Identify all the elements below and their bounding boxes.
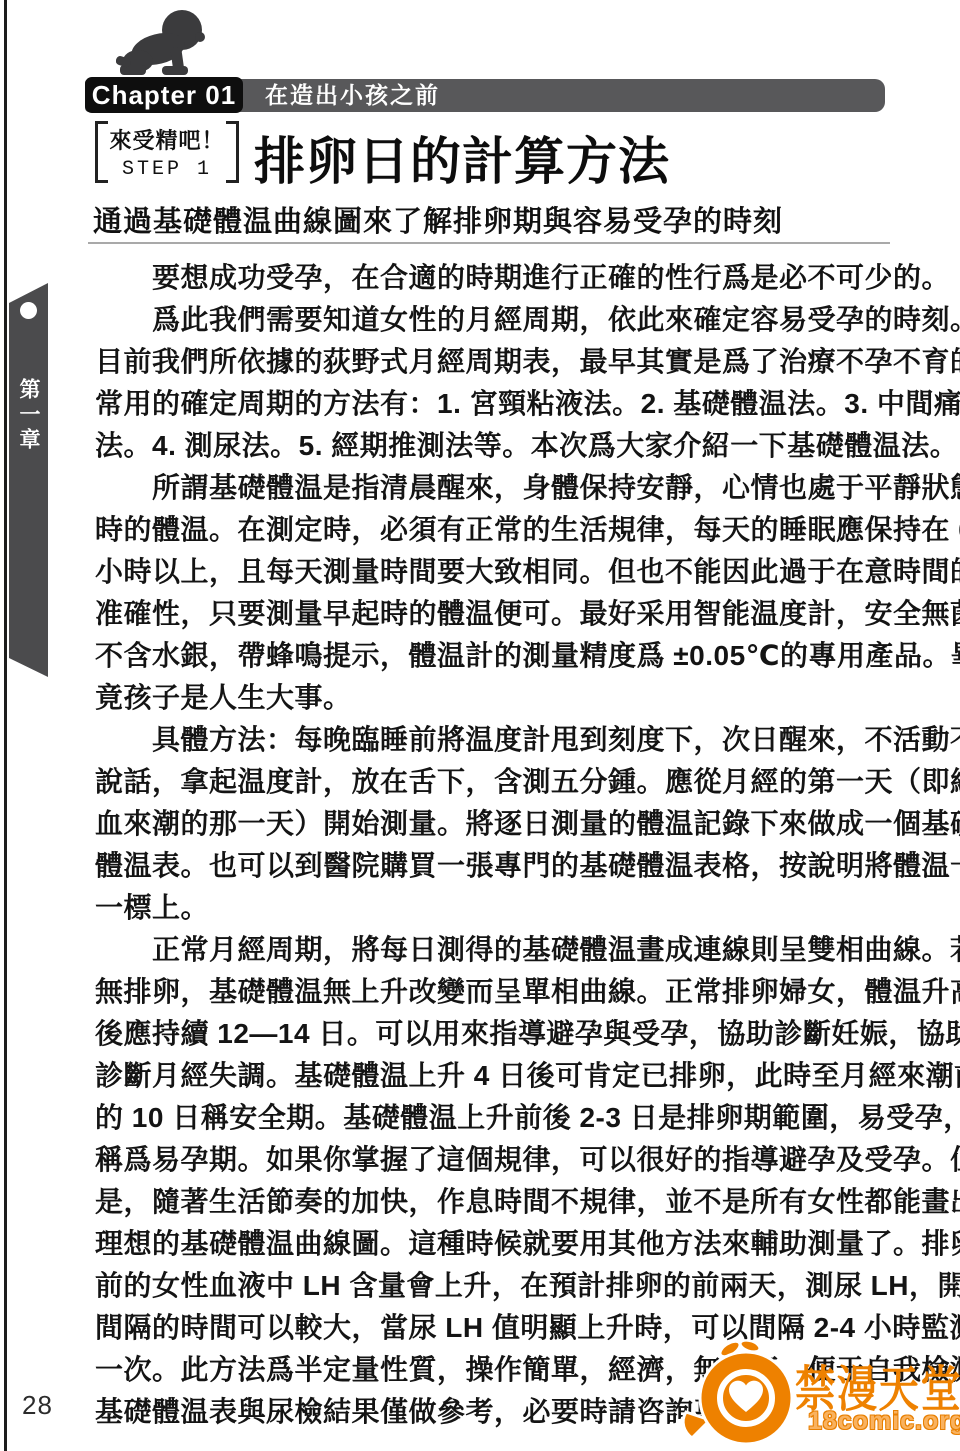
body-text-line: 診斷月經失調。基礎體温上升 4 日後可肯定已排卵，此時至月經來潮前 <box>95 1055 907 1097</box>
subtitle-divider <box>88 242 890 244</box>
body-text-line: 基礎體温表與尿檢結果僅做參考，必要時請咨詢專業醫 <box>95 1391 907 1433</box>
chapter-side-tab: 第一章 在造出小孩之前 <box>9 283 48 677</box>
body-text-line: 體温表。也可以到醫院購買一張專門的基礎體温表格，按說明將體温一 <box>95 845 907 887</box>
step-slogan: 來受精吧！ <box>109 124 224 155</box>
circle-bullet-icon <box>20 302 37 319</box>
step-number: STEP 1 <box>122 158 212 181</box>
body-text-line: 前的女性血液中 LH 含量會上升，在預計排卵的前兩天，測尿 LH，開始 <box>95 1265 907 1307</box>
body-text-line: 正常月經周期，將每日測得的基礎體温畫成連線則呈雙相曲線。若 <box>95 929 907 971</box>
chapter-number-badge: Chapter 01 <box>85 77 243 113</box>
page-number: 28 <box>22 1390 53 1421</box>
body-text-line: 不含水銀，帶蜂鳴提示，體温計的測量精度爲 ±0.05℃的專用產品。畢 <box>95 635 907 677</box>
chapter-bar-title: 在造出小孩之前 <box>265 79 440 112</box>
body-text-line: 間隔的時間可以較大，當尿 LH 值明顯上升時，可以間隔 2-4 小時監測 <box>95 1307 907 1349</box>
step-box: 來受精吧！ STEP 1 <box>95 121 239 183</box>
body-text-line: 說話，拿起温度計，放在舌下，含測五分鍾。應從月經的第一天（即經 <box>95 761 907 803</box>
book-page: 第一章 在造出小孩之前 在造出小孩之前 Chapter 01 來受精吧！ STE… <box>0 0 960 1451</box>
body-text-line: 一次。此方法爲半定量性質，操作簡單，經濟，無損傷，便于自我檢測。 <box>95 1349 907 1391</box>
body-text-line: 所謂基礎體温是指清晨醒來，身體保持安靜，心情也處于平靜狀態 <box>95 467 907 509</box>
section-subtitle: 通過基礎體温曲線圖來了解排卵期與容易受孕的時刻 <box>93 199 783 240</box>
body-text-line: 具體方法：每晚臨睡前將温度計甩到刻度下，次日醒來，不活動不 <box>95 719 907 761</box>
crawling-baby-icon <box>116 3 212 81</box>
body-text-line: 稱爲易孕期。如果你掌握了這個規律，可以很好的指導避孕及受孕。但 <box>95 1139 907 1181</box>
body-text-line: 目前我們所依據的荻野式月經周期表，最早其實是爲了治療不孕不育的。 <box>95 341 907 383</box>
body-text-line: 法。4. 測尿法。5. 經期推測法等。本次爲大家介紹一下基礎體温法。 <box>95 425 907 467</box>
body-text-line: 血來潮的那一天）開始測量。將逐日測量的體温記錄下來做成一個基礎 <box>95 803 907 845</box>
body-text-line: 後應持續 12—14 日。可以用來指導避孕與受孕，協助診斷妊娠，協助 <box>95 1013 907 1055</box>
page-edge-line <box>4 0 7 1451</box>
right-bracket-icon <box>226 121 239 183</box>
body-text-line: 理想的基礎體温曲線圖。這種時候就要用其他方法來輔助測量了。排卵 <box>95 1223 907 1265</box>
body-text-line: 時的體温。在測定時，必須有正常的生活規律，每天的睡眠應保持在 6 <box>95 509 907 551</box>
page-title: 排卵日的計算方法 <box>254 120 670 194</box>
body-text-line: 常用的確定周期的方法有：1. 宮頸粘液法。2. 基礎體温法。3. 中間痛 <box>95 383 907 425</box>
body-text: 要想成功受孕，在合適的時期進行正確的性行爲是必不可少的。 爲此我們需要知道女性的… <box>95 257 907 1433</box>
body-text-line: 小時以上，且每天測量時間要大致相同。但也不能因此過于在意時間的 <box>95 551 907 593</box>
body-text-line: 無排卵，基礎體温無上升改變而呈單相曲線。正常排卵婦女，體温升高 <box>95 971 907 1013</box>
body-text-line: 准確性，只要測量早起時的體温便可。最好采用智能温度計，安全無菌 <box>95 593 907 635</box>
body-text-line: 要想成功受孕，在合適的時期進行正確的性行爲是必不可少的。 <box>95 257 907 299</box>
left-bracket-icon <box>95 121 108 183</box>
body-text-line: 竟孩子是人生大事。 <box>95 677 907 719</box>
body-text-line: 的 10 日稱安全期。基礎體温上升前後 2-3 日是排卵期範圍，易受孕， <box>95 1097 907 1139</box>
side-tab-chapter: 第一章 <box>9 378 48 453</box>
body-text-line: 是，隨著生活節奏的加快，作息時間不規律，並不是所有女性都能畫出 <box>95 1181 907 1223</box>
body-text-line: 爲此我們需要知道女性的月經周期，依此來確定容易受孕的時刻。 <box>95 299 907 341</box>
body-text-line: 一標上。 <box>95 887 907 929</box>
